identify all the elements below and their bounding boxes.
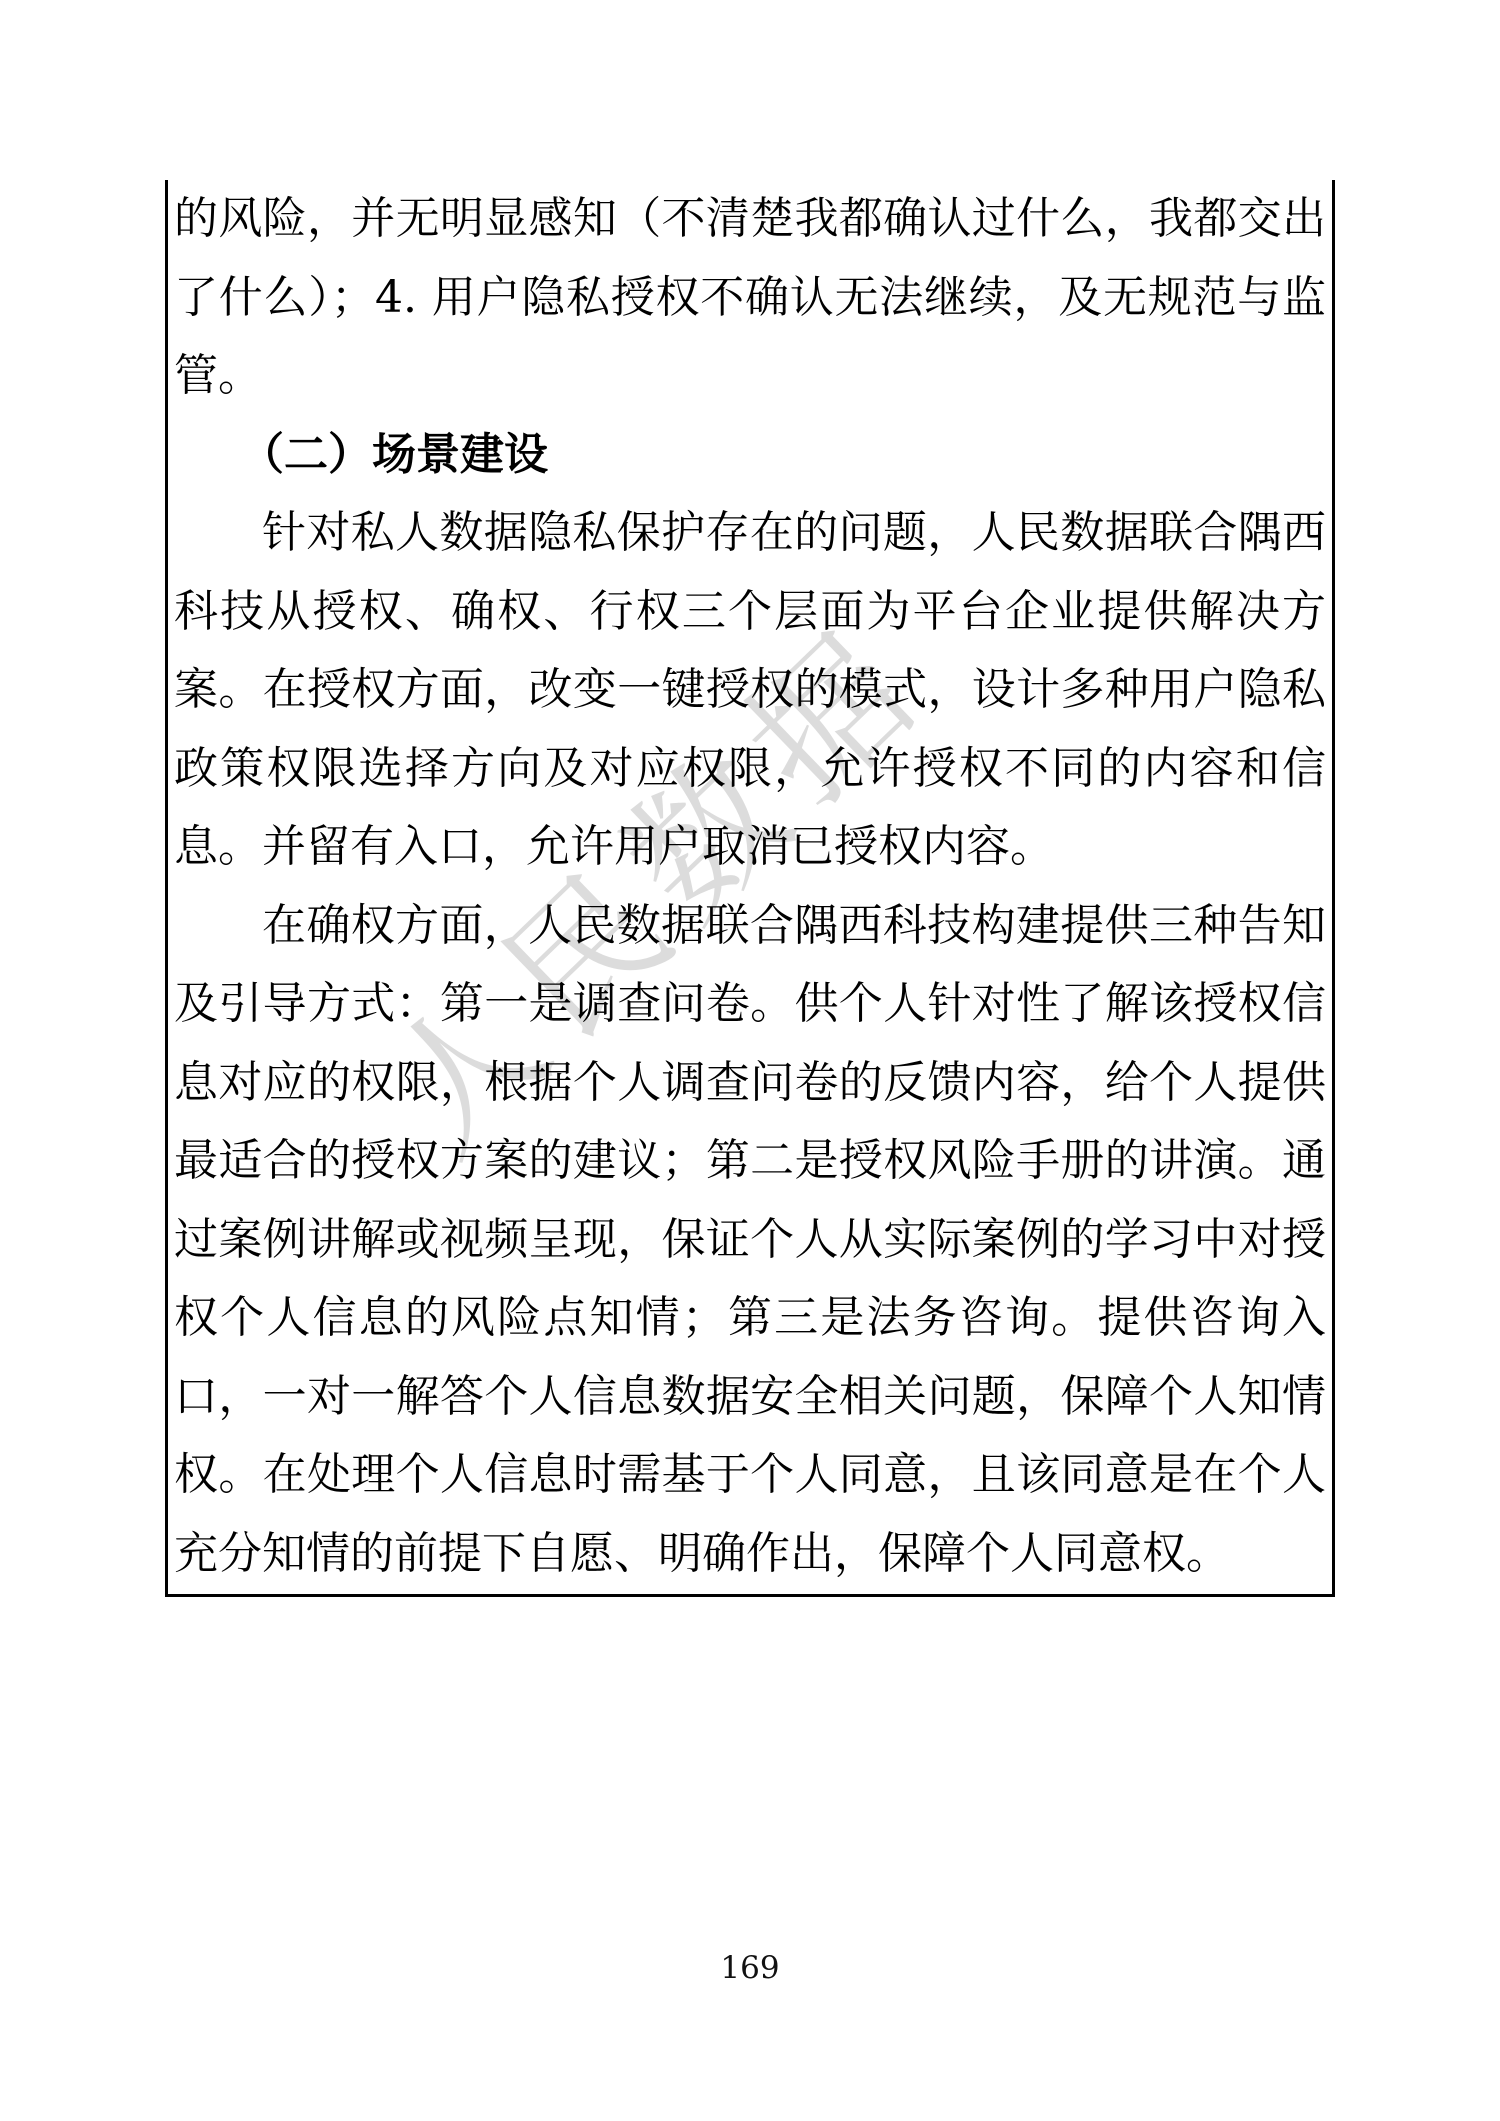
body-paragraph: 在确权方面，人民数据联合隅西科技构建提供三种告知及引导方式：第一是调查问卷。供个… — [174, 887, 1326, 1594]
document-page: 人民数据 的风险，并无明显感知（不清楚我都确认过什么，我都交出了什么）；4. 用… — [0, 0, 1500, 2121]
section-heading: （二）场景建设 — [174, 416, 1326, 495]
body-paragraph: 的风险，并无明显感知（不清楚我都确认过什么，我都交出了什么）；4. 用户隐私授权… — [174, 180, 1326, 416]
body-paragraph: 针对私人数据隐私保护存在的问题，人民数据联合隅西科技从授权、确权、行权三个层面为… — [174, 494, 1326, 887]
page-number: 169 — [0, 1950, 1500, 1986]
bordered-text-cell: 的风险，并无明显感知（不清楚我都确认过什么，我都交出了什么）；4. 用户隐私授权… — [165, 180, 1335, 1597]
